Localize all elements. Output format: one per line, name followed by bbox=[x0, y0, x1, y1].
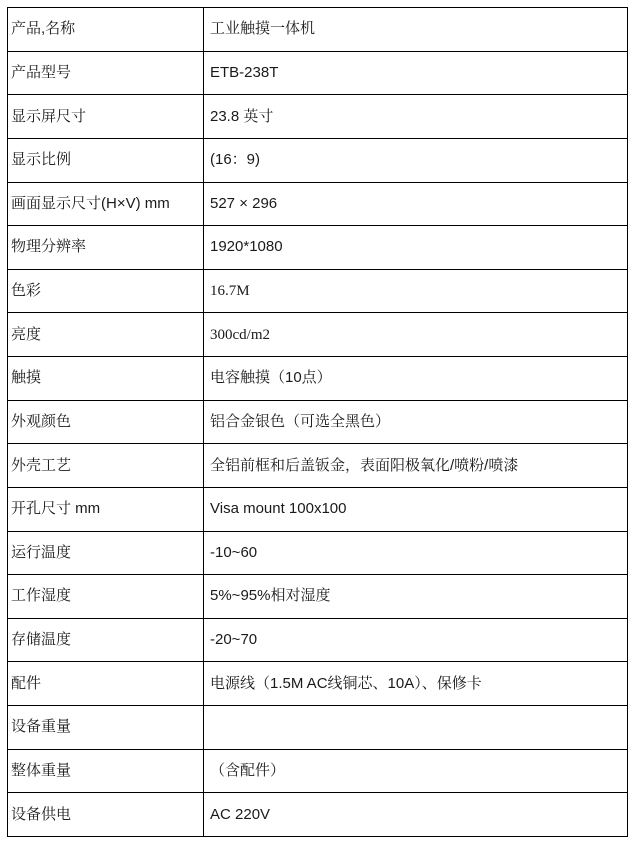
spec-row-resolution: 物理分辨率 1920*1080 bbox=[8, 226, 628, 270]
spec-label: 运行温度 bbox=[8, 531, 204, 575]
spec-value: ETB-238T bbox=[204, 51, 628, 95]
spec-label: 产品,名称 bbox=[8, 8, 204, 52]
spec-value: (16：9) bbox=[204, 138, 628, 182]
spec-row-aspect-ratio: 显示比例 (16：9) bbox=[8, 138, 628, 182]
spec-label: 物理分辨率 bbox=[8, 226, 204, 270]
spec-label: 存储温度 bbox=[8, 618, 204, 662]
spec-label: 配件 bbox=[8, 662, 204, 706]
spec-label: 整体重量 bbox=[8, 749, 204, 793]
spec-label: 亮度 bbox=[8, 313, 204, 357]
product-spec-table: 产品,名称 工业触摸一体机 产品型号 ETB-238T 显示屏尺寸 23.8 英… bbox=[7, 7, 628, 837]
spec-value: 电源线（1.5M AC线铜芯、10A）、保修卡 bbox=[204, 662, 628, 706]
spec-row-storage-temperature: 存储温度 -20~70 bbox=[8, 618, 628, 662]
product-spec-table-body: 产品,名称 工业触摸一体机 产品型号 ETB-238T 显示屏尺寸 23.8 英… bbox=[8, 8, 628, 837]
spec-value: Visa mount 100x100 bbox=[204, 487, 628, 531]
spec-label: 外壳工艺 bbox=[8, 444, 204, 488]
spec-label: 工作湿度 bbox=[8, 575, 204, 619]
spec-value: （含配件） bbox=[204, 749, 628, 793]
spec-value: 1920*1080 bbox=[204, 226, 628, 270]
spec-row-model: 产品型号 ETB-238T bbox=[8, 51, 628, 95]
spec-row-operating-temperature: 运行温度 -10~60 bbox=[8, 531, 628, 575]
spec-row-product-name: 产品,名称 工业触摸一体机 bbox=[8, 8, 628, 52]
spec-value: 工业触摸一体机 bbox=[204, 8, 628, 52]
spec-label: 外观颜色 bbox=[8, 400, 204, 444]
spec-row-housing-process: 外壳工艺 全铝前框和后盖钣金，表面阳极氧化/喷粉/喷漆 bbox=[8, 444, 628, 488]
spec-value bbox=[204, 706, 628, 750]
spec-label: 色彩 bbox=[8, 269, 204, 313]
spec-label: 产品型号 bbox=[8, 51, 204, 95]
spec-label: 触摸 bbox=[8, 357, 204, 401]
spec-value: -10~60 bbox=[204, 531, 628, 575]
spec-value: 铝合金银色（可选全黑色） bbox=[204, 400, 628, 444]
spec-label: 画面显示尺寸(H×V) mm bbox=[8, 182, 204, 226]
spec-label: 设备重量 bbox=[8, 706, 204, 750]
spec-row-brightness: 亮度 300cd/m2 bbox=[8, 313, 628, 357]
spec-row-mounting-size: 开孔尺寸 mm Visa mount 100x100 bbox=[8, 487, 628, 531]
spec-value: 5%~95%相对湿度 bbox=[204, 575, 628, 619]
spec-row-touch: 触摸 电容触摸（10点） bbox=[8, 357, 628, 401]
spec-value: 全铝前框和后盖钣金，表面阳极氧化/喷粉/喷漆 bbox=[204, 444, 628, 488]
spec-label: 设备供电 bbox=[8, 793, 204, 837]
spec-row-device-weight: 设备重量 bbox=[8, 706, 628, 750]
spec-row-working-humidity: 工作湿度 5%~95%相对湿度 bbox=[8, 575, 628, 619]
spec-value: 23.8 英寸 bbox=[204, 95, 628, 139]
spec-value: AC 220V bbox=[204, 793, 628, 837]
spec-label: 开孔尺寸 mm bbox=[8, 487, 204, 531]
spec-label: 显示屏尺寸 bbox=[8, 95, 204, 139]
spec-value: 电容触摸（10点） bbox=[204, 357, 628, 401]
spec-row-appearance-color: 外观颜色 铝合金银色（可选全黑色） bbox=[8, 400, 628, 444]
spec-value: 527 × 296 bbox=[204, 182, 628, 226]
spec-row-total-weight: 整体重量 （含配件） bbox=[8, 749, 628, 793]
spec-value: 16.7M bbox=[204, 269, 628, 313]
spec-row-power-supply: 设备供电 AC 220V bbox=[8, 793, 628, 837]
spec-row-display-size: 显示屏尺寸 23.8 英寸 bbox=[8, 95, 628, 139]
spec-row-display-area: 画面显示尺寸(H×V) mm 527 × 296 bbox=[8, 182, 628, 226]
spec-value: -20~70 bbox=[204, 618, 628, 662]
spec-row-color-depth: 色彩 16.7M bbox=[8, 269, 628, 313]
spec-value: 300cd/m2 bbox=[204, 313, 628, 357]
spec-row-accessories: 配件 电源线（1.5M AC线铜芯、10A）、保修卡 bbox=[8, 662, 628, 706]
spec-label: 显示比例 bbox=[8, 138, 204, 182]
